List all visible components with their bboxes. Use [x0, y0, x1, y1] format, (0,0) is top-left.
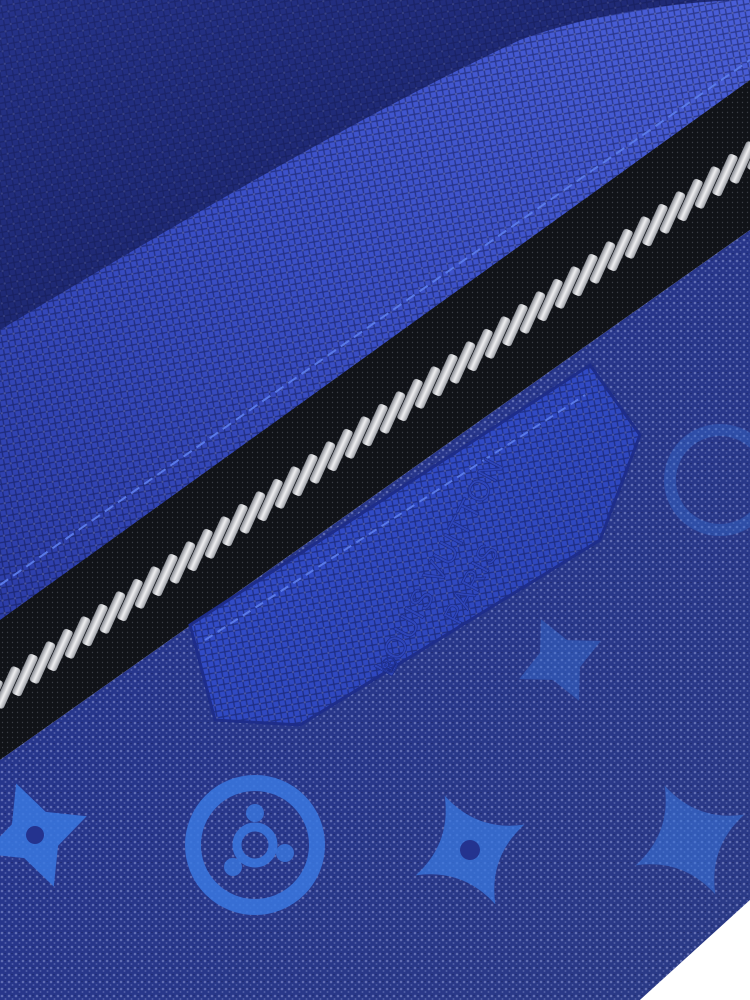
product-photo: LOUIS VUITTON PARIS ® — [0, 0, 750, 1000]
